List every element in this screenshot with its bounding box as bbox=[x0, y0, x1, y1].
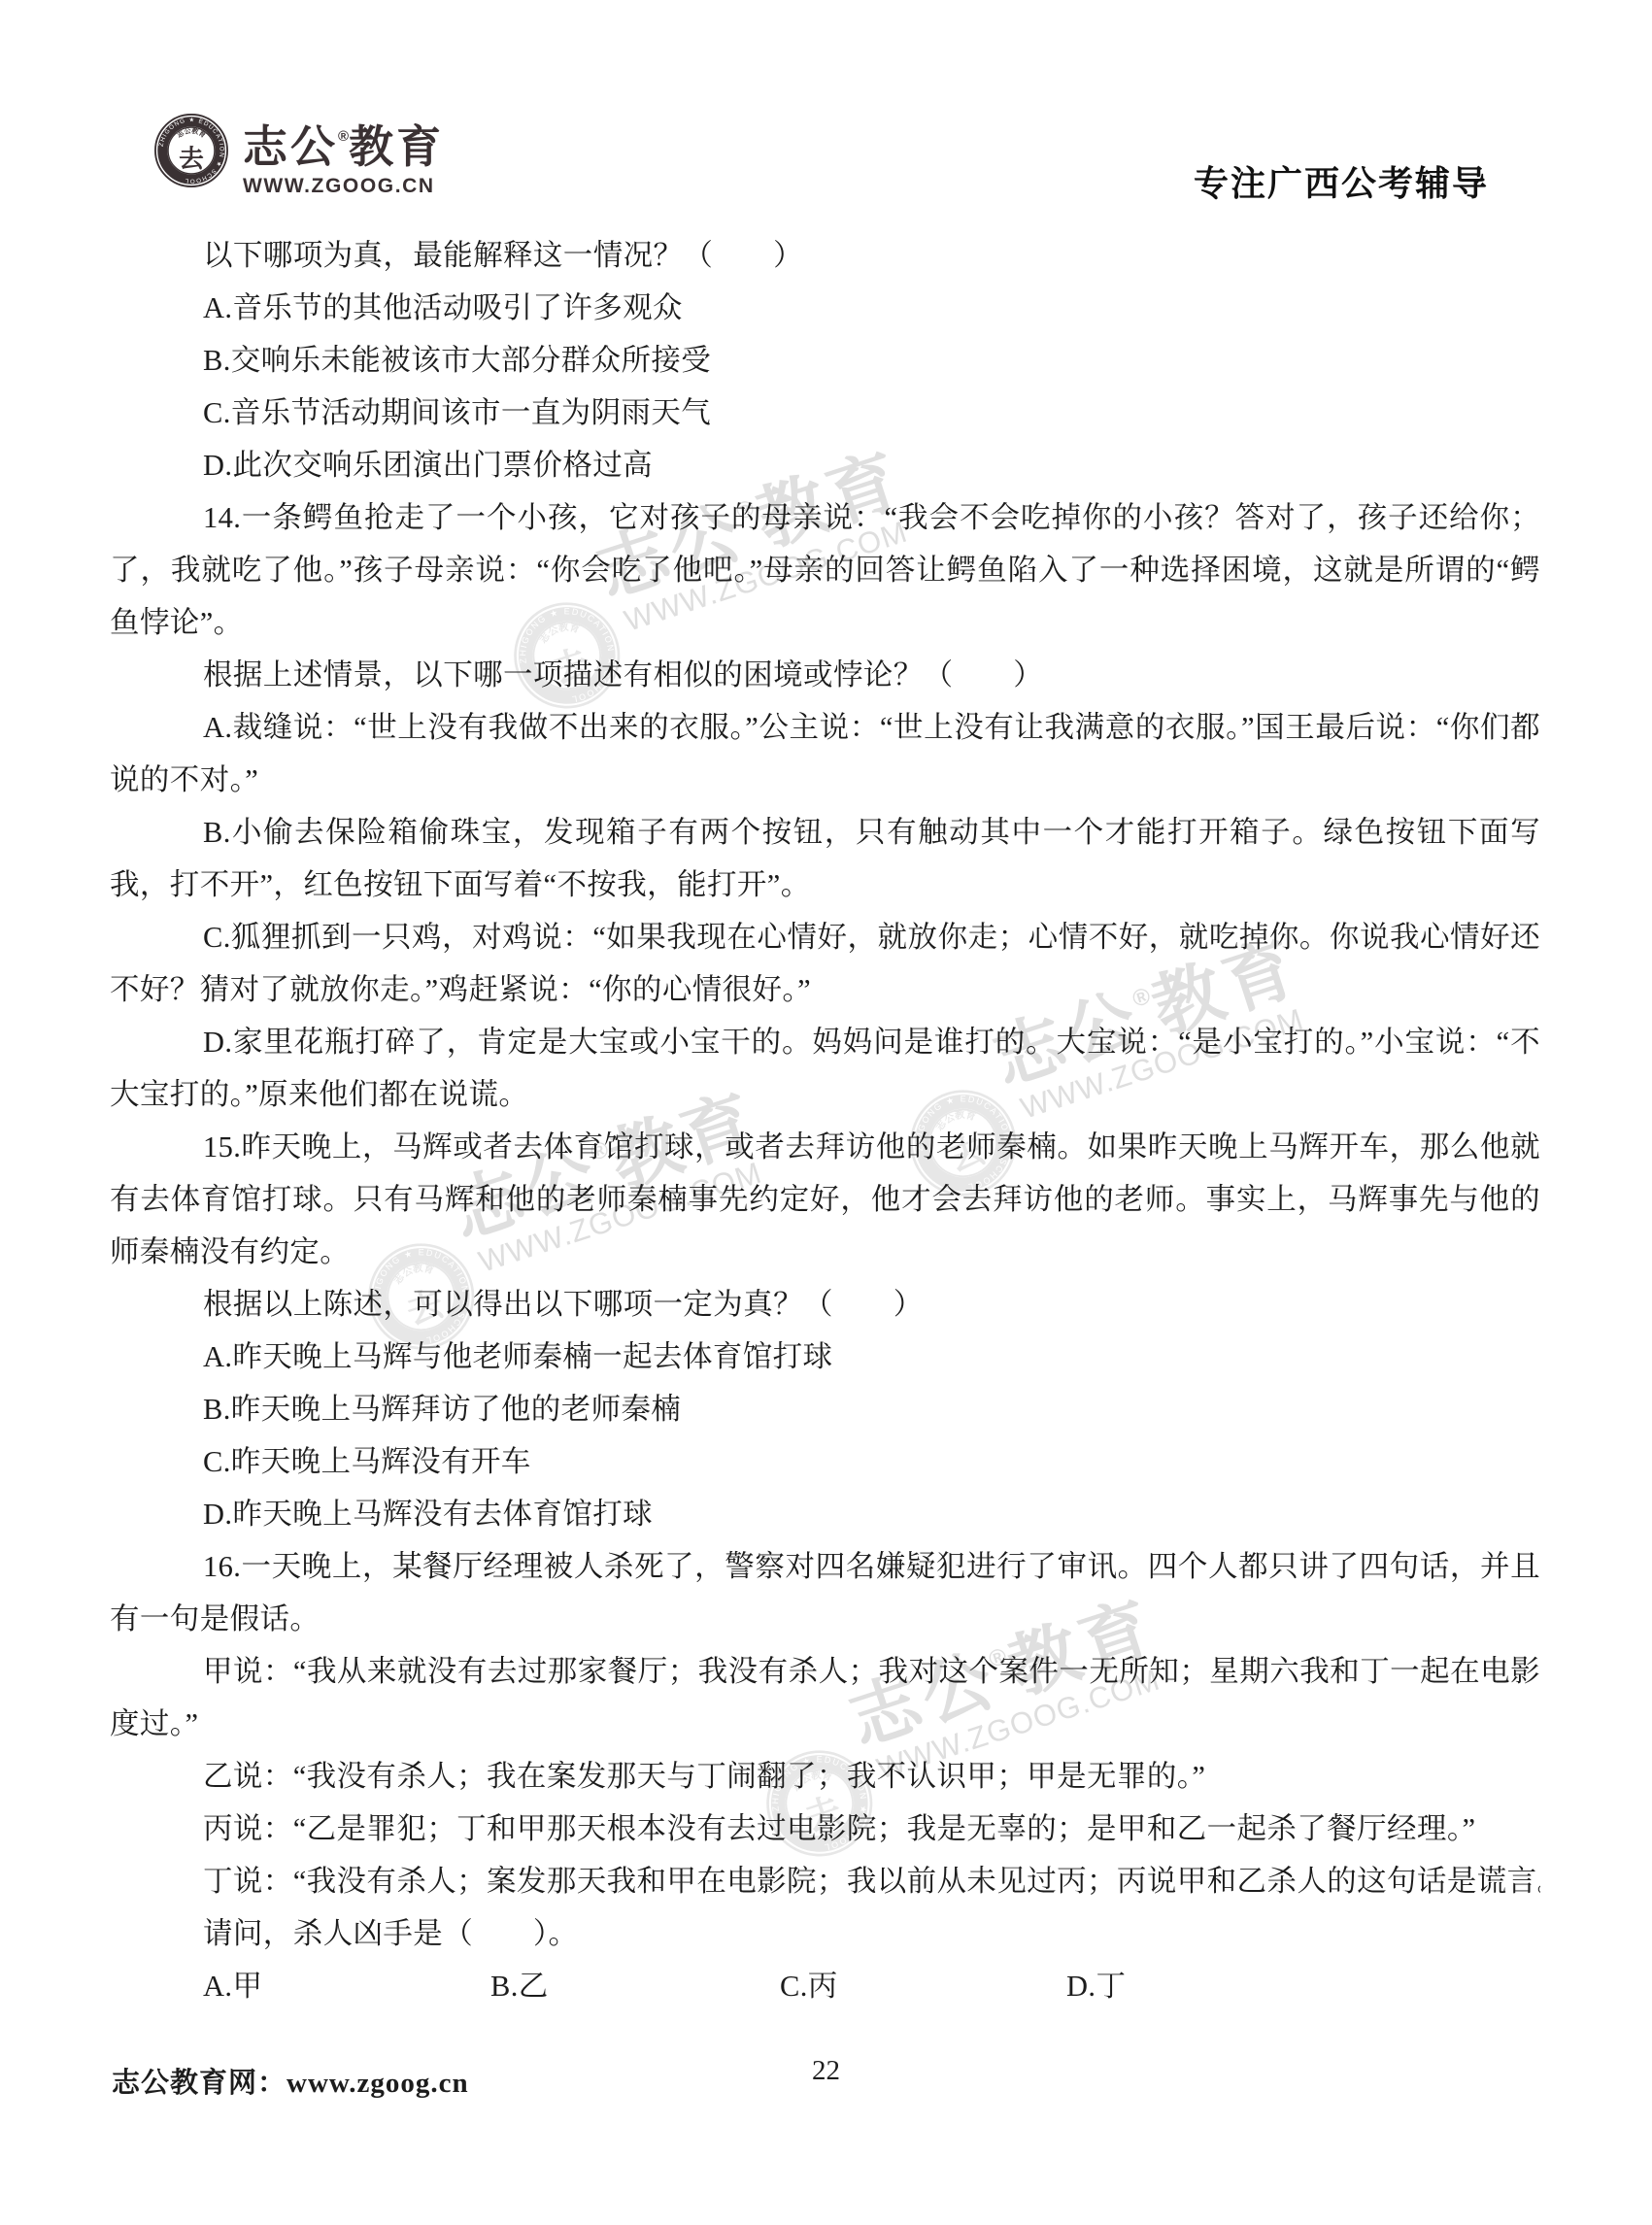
answer-option: D.丁 bbox=[1066, 1960, 1126, 2012]
text-line: 有去体育馆打球。只有马辉和他的老师秦楠事先约定好，他才会去拜访他的老师。事实上，… bbox=[110, 1173, 1540, 1226]
text-line: B.交响乐未能被该市大部分群众所接受 bbox=[110, 334, 1540, 387]
text-line: 乙说：“我没有杀人；我在案发那天与丁闹翻了；我不认识甲；甲是无罪的。” bbox=[110, 1750, 1540, 1803]
text-line: D.昨天晚上马辉没有去体育馆打球 bbox=[110, 1488, 1540, 1540]
text-line: 根据以上陈述，可以得出以下哪项一定为真？（ ） bbox=[110, 1278, 1540, 1331]
text-line: 了，我就吃了他。”孩子母亲说：“你会吃了他吧。”母亲的回答让鳄鱼陷入了一种选择困… bbox=[110, 544, 1540, 596]
text-line: D.此次交响乐团演出门票价格过高 bbox=[110, 439, 1540, 491]
document-page: ZHIGONG ★ EDUCATION ★ SCHOOL 志公教育 去 志公®教… bbox=[0, 0, 1652, 2225]
answer-option: C.丙 bbox=[780, 1960, 1066, 2012]
text-line: C.昨天晚上马辉没有开车 bbox=[110, 1435, 1540, 1488]
answer-option: A.甲 bbox=[203, 1960, 490, 2012]
text-line: 度过。” bbox=[110, 1698, 1540, 1750]
text-line: 丙说：“乙是罪犯；丁和甲那天根本没有去过电影院；我是无辜的；是甲和乙一起杀了餐厅… bbox=[110, 1803, 1540, 1855]
text-line: 不好？猜对了就放你走。”鸡赶紧说：“你的心情很好。” bbox=[110, 963, 1540, 1016]
logo-text: 志公®教育 WWW.ZGOOG.CN bbox=[243, 113, 444, 198]
logo-seal-icon bbox=[153, 113, 229, 188]
logo-wordmark-pre: 志公 bbox=[243, 121, 338, 172]
text-line: A.昨天晚上马辉与他老师秦楠一起去体育馆打球 bbox=[110, 1331, 1540, 1383]
question-text: 以下哪项为真，最能解释这一情况？（ ）A.音乐节的其他活动吸引了许多观众B.交响… bbox=[110, 229, 1540, 2012]
text-line: 大宝打的。”原来他们都在说谎。 bbox=[110, 1068, 1540, 1121]
logo-url: WWW.ZGOOG.CN bbox=[243, 175, 444, 198]
text-line: B.小偷去保险箱偷珠宝，发现箱子有两个按钮，只有触动其中一个才能打开箱子。绿色按… bbox=[110, 806, 1540, 859]
text-line: 15.昨天晚上，马辉或者去体育馆打球，或者去拜访他的老师秦楠。如果昨天晚上马辉开… bbox=[110, 1121, 1540, 1173]
page-number: 22 bbox=[812, 2055, 840, 2087]
text-line: 根据上述情景，以下哪一项描述有相似的困境或悖论？（ ） bbox=[110, 649, 1540, 701]
answer-option: B.乙 bbox=[490, 1960, 780, 2012]
footer-site-link: 志公教育网：www.zgoog.cn bbox=[112, 2061, 469, 2101]
text-line: A.裁缝说：“世上没有我做不出来的衣服。”公主说：“世上没有让我满意的衣服。”国… bbox=[110, 701, 1540, 754]
text-line: C.狐狸抓到一只鸡，对鸡说：“如果我现在心情好，就放你走；心情不好，就吃掉你。你… bbox=[110, 911, 1540, 963]
text-line: 甲说：“我从来就没有去过那家餐厅；我没有杀人；我对这个案件一无所知；星期六我和丁… bbox=[110, 1645, 1540, 1698]
registered-mark-icon: ® bbox=[338, 128, 349, 145]
text-line: D.家里花瓶打碎了，肯定是大宝或小宝干的。妈妈问是谁打的。大宝说：“是小宝打的。… bbox=[110, 1016, 1540, 1068]
text-line: 16.一天晚上，某餐厅经理被人杀死了，警察对四名嫌疑犯进行了审讯。四个人都只讲了… bbox=[110, 1540, 1540, 1593]
answer-options-row: A.甲B.乙C.丙D.丁 bbox=[110, 1960, 1540, 2012]
text-line: 丁说：“我没有杀人；案发那天我和甲在电影院；我以前从未见过丙；丙说甲和乙杀人的这… bbox=[110, 1855, 1540, 1907]
text-line: 14.一条鳄鱼抢走了一个小孩，它对孩子的母亲说：“我会不会吃掉你的小孩？答对了，… bbox=[110, 491, 1540, 544]
text-line: 我，打不开”，红色按钮下面写着“不按我，能打开”。 bbox=[110, 859, 1540, 911]
logo-wordmark: 志公®教育 bbox=[243, 113, 444, 171]
text-line: 鱼悖论”。 bbox=[110, 596, 1540, 649]
logo-wordmark-post: 教育 bbox=[349, 121, 444, 172]
text-line: 请问，杀人凶手是（ ）。 bbox=[110, 1907, 1540, 1960]
text-line: 以下哪项为真，最能解释这一情况？（ ） bbox=[110, 229, 1540, 282]
logo: 志公®教育 WWW.ZGOOG.CN bbox=[153, 113, 444, 198]
text-line: 有一句是假话。 bbox=[110, 1593, 1540, 1645]
text-line: B.昨天晚上马辉拜访了他的老师秦楠 bbox=[110, 1383, 1540, 1435]
text-line: 师秦楠没有约定。 bbox=[110, 1226, 1540, 1278]
text-line: C.音乐节活动期间该市一直为阴雨天气 bbox=[110, 387, 1540, 439]
text-line: A.音乐节的其他活动吸引了许多观众 bbox=[110, 282, 1540, 334]
text-line: 说的不对。” bbox=[110, 754, 1540, 806]
header-slogan: 专注广西公考辅导 bbox=[1194, 156, 1489, 206]
